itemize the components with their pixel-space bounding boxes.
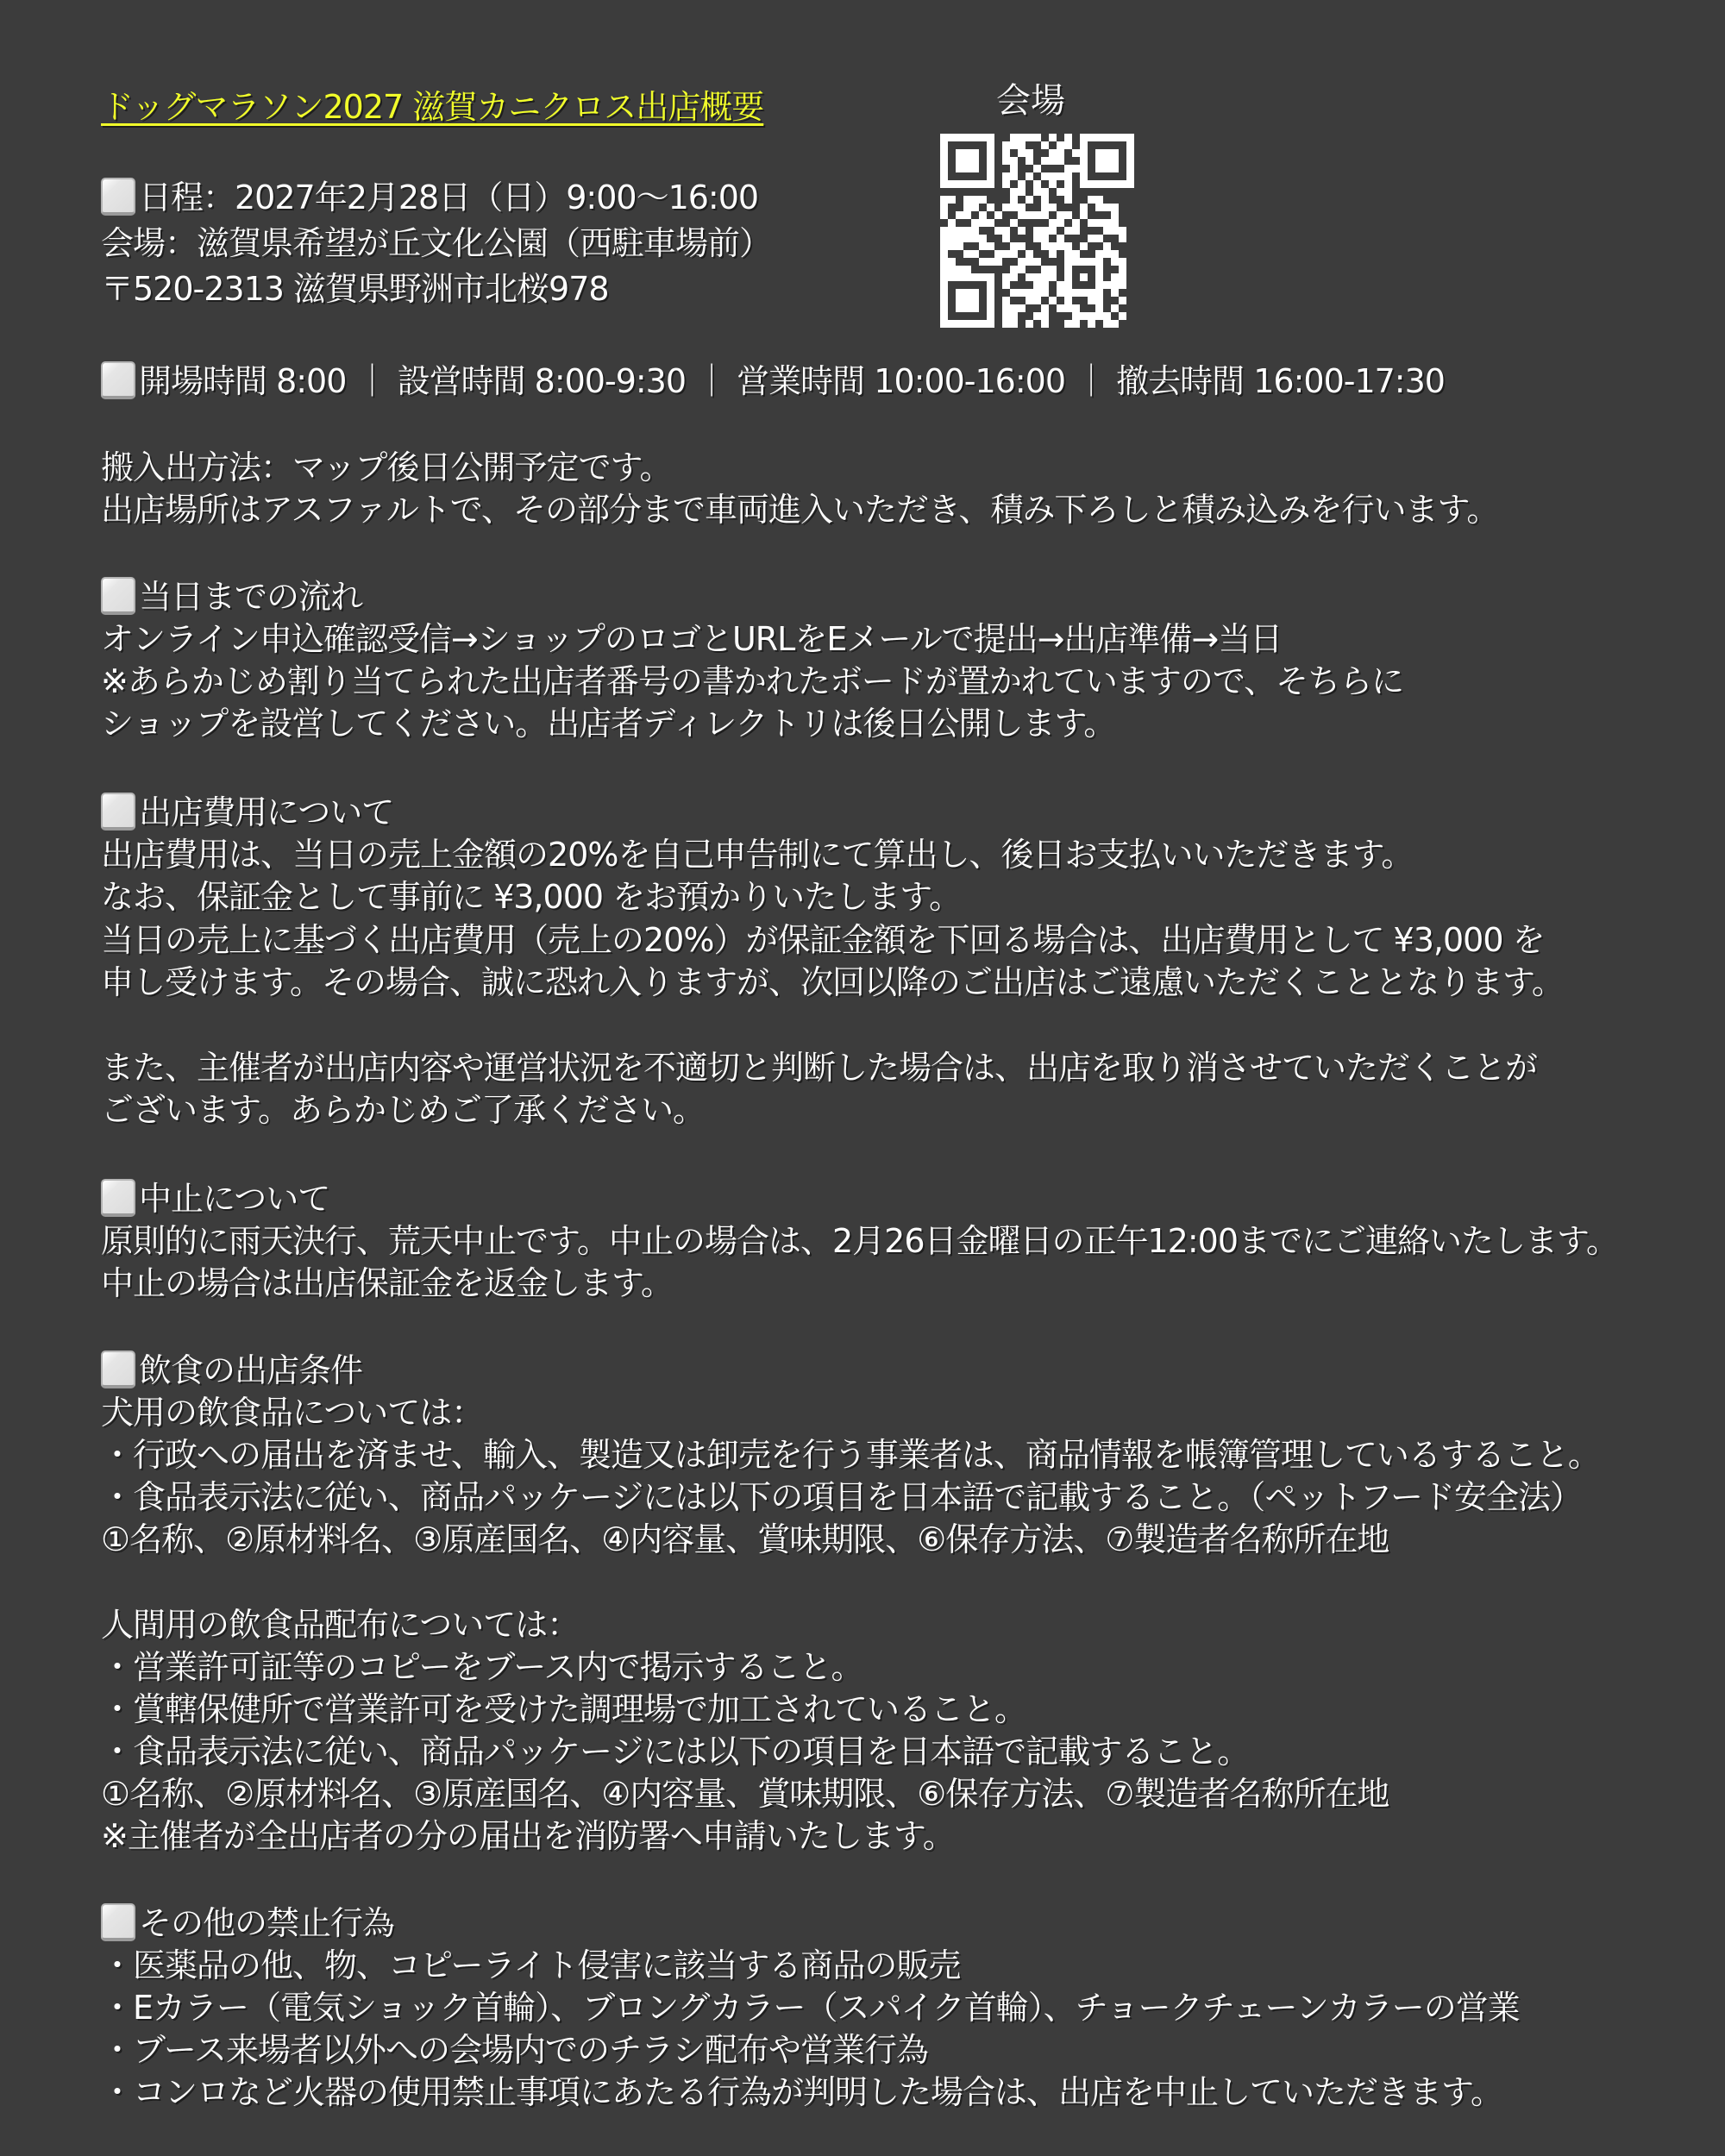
white-square-icon [101, 793, 135, 830]
schedule-address: 〒520-2313 滋賀県野洲市北桜978 [101, 268, 609, 310]
flow-line: ショップを設営してください。出店者ディレクトリは後日公開します。 [101, 703, 1115, 744]
food-dog-line: ①名称、②原材料名、③原産国名、④内容量、賞味期限、⑥保存方法、⑦製造者名称所在… [101, 1519, 1389, 1560]
prohibited-line: ・Eカラー（電気ショック首輪）、ブロングカラー（スパイク首輪）、チョークチェーン… [101, 1987, 1520, 2028]
fees-line: 出店費用は、当日の売上金額の20%を自己申告制にて算出し、後日お支払いいただきま… [101, 834, 1413, 875]
food-human-line: ・営業許可証等のコピーをブース内で掲示すること。 [101, 1646, 862, 1688]
food-human-line: 人間用の飲食品配布については： [101, 1604, 579, 1645]
loading-method: 搬入出方法：マップ後日公開予定です。 [101, 447, 671, 488]
schedule-venue: 会場：滋賀県希望が丘文化公園（西駐車場前） [101, 222, 771, 264]
food-human-line: ※主催者が全出店者の分の届出を消防署へ申請いたします。 [101, 1815, 955, 1857]
fees-line: なお、保証金として事前に ¥3,000 をお預かりいたします。 [101, 876, 961, 918]
schedule-date: 日程：2027年2月28日（日）9:00〜16:00 [101, 177, 758, 218]
flow-line: ※あらかじめ割り当てられた出店者番号の書かれたボードが置かれていますので、そちら… [101, 661, 1403, 702]
flow-line: オンライン申込確認受信→ショップのロゴとURLをEメールで提出→出店準備→当日 [101, 618, 1282, 660]
food-dog-line: 犬用の飲食品については： [101, 1392, 483, 1433]
flow-heading: 当日までの流れ [101, 576, 362, 617]
cancellation-heading: 中止について [101, 1178, 329, 1219]
white-square-icon [101, 1179, 135, 1217]
fees-note: また、主催者が出店内容や運営状況を不適切と判断した場合は、出店を取り消させていた… [101, 1047, 1537, 1088]
food-heading: 飲食の出店条件 [101, 1350, 362, 1391]
fees-line: 当日の売上に基づく出店費用（売上の20%）が保証金額を下回る場合は、出店費用とし… [101, 919, 1545, 961]
food-dog-line: ・行政への届出を済ませ、輸入、製造又は卸売を行う事業者は、商品情報を帳簿管理して… [101, 1434, 1600, 1476]
qr-code-icon[interactable] [940, 134, 1134, 328]
white-square-icon [101, 1903, 135, 1941]
qr-label: 会場 [996, 80, 1065, 122]
hours-line: 開場時間 8:00 ｜ 設営時間 8:00-9:30 ｜ 営業時間 10:00-… [101, 360, 1445, 402]
white-square-icon [101, 1351, 135, 1388]
cancellation-line: 原則的に雨天決行、荒天中止です。中止の場合は、2月26日金曜日の正午12:00ま… [101, 1220, 1618, 1262]
document-title: ドッグマラソン2027 滋賀カニクロス出店概要 [101, 86, 763, 128]
food-human-line: ・賞轄保健所で営業許可を受けた調理場で加工されていること。 [101, 1689, 1026, 1730]
food-dog-line: ・食品表示法に従い、商品パッケージには以下の項目を日本語で記載すること。（ペット… [101, 1476, 1582, 1518]
prohibited-heading: その他の禁止行為 [101, 1902, 394, 1944]
prohibited-line: ・医薬品の他、物、コピーライト侵害に該当する商品の販売 [101, 1945, 960, 1986]
food-human-line: ①名称、②原材料名、③原産国名、④内容量、賞味期限、⑥保存方法、⑦製造者名称所在… [101, 1773, 1389, 1814]
fees-note: ございます。あらかじめご了承ください。 [101, 1089, 705, 1131]
white-square-icon [101, 577, 135, 615]
cancellation-line: 中止の場合は出店保証金を返金します。 [101, 1263, 673, 1304]
white-square-icon [101, 361, 135, 399]
food-human-line: ・食品表示法に従い、商品パッケージには以下の項目を日本語で記載すること。 [101, 1731, 1249, 1772]
white-square-icon [101, 178, 135, 216]
fees-heading: 出店費用について [101, 792, 393, 833]
fees-line: 申し受けます。その場合、誠に恐れ入りますが、次回以降のご出店はご遠慮いただくこと… [101, 962, 1564, 1003]
prohibited-line: ・コンロなど火器の使用禁止事項にあたる行為が判明した場合は、出店を中止していただ… [101, 2071, 1502, 2113]
prohibited-line: ・ブース来場者以外への会場内でのチラシ配布や営業行為 [101, 2029, 928, 2071]
loading-detail: 出店場所はアスファルトで、その部分まで車両進入いただき、積み下ろしと積み込みを行… [101, 489, 1498, 530]
